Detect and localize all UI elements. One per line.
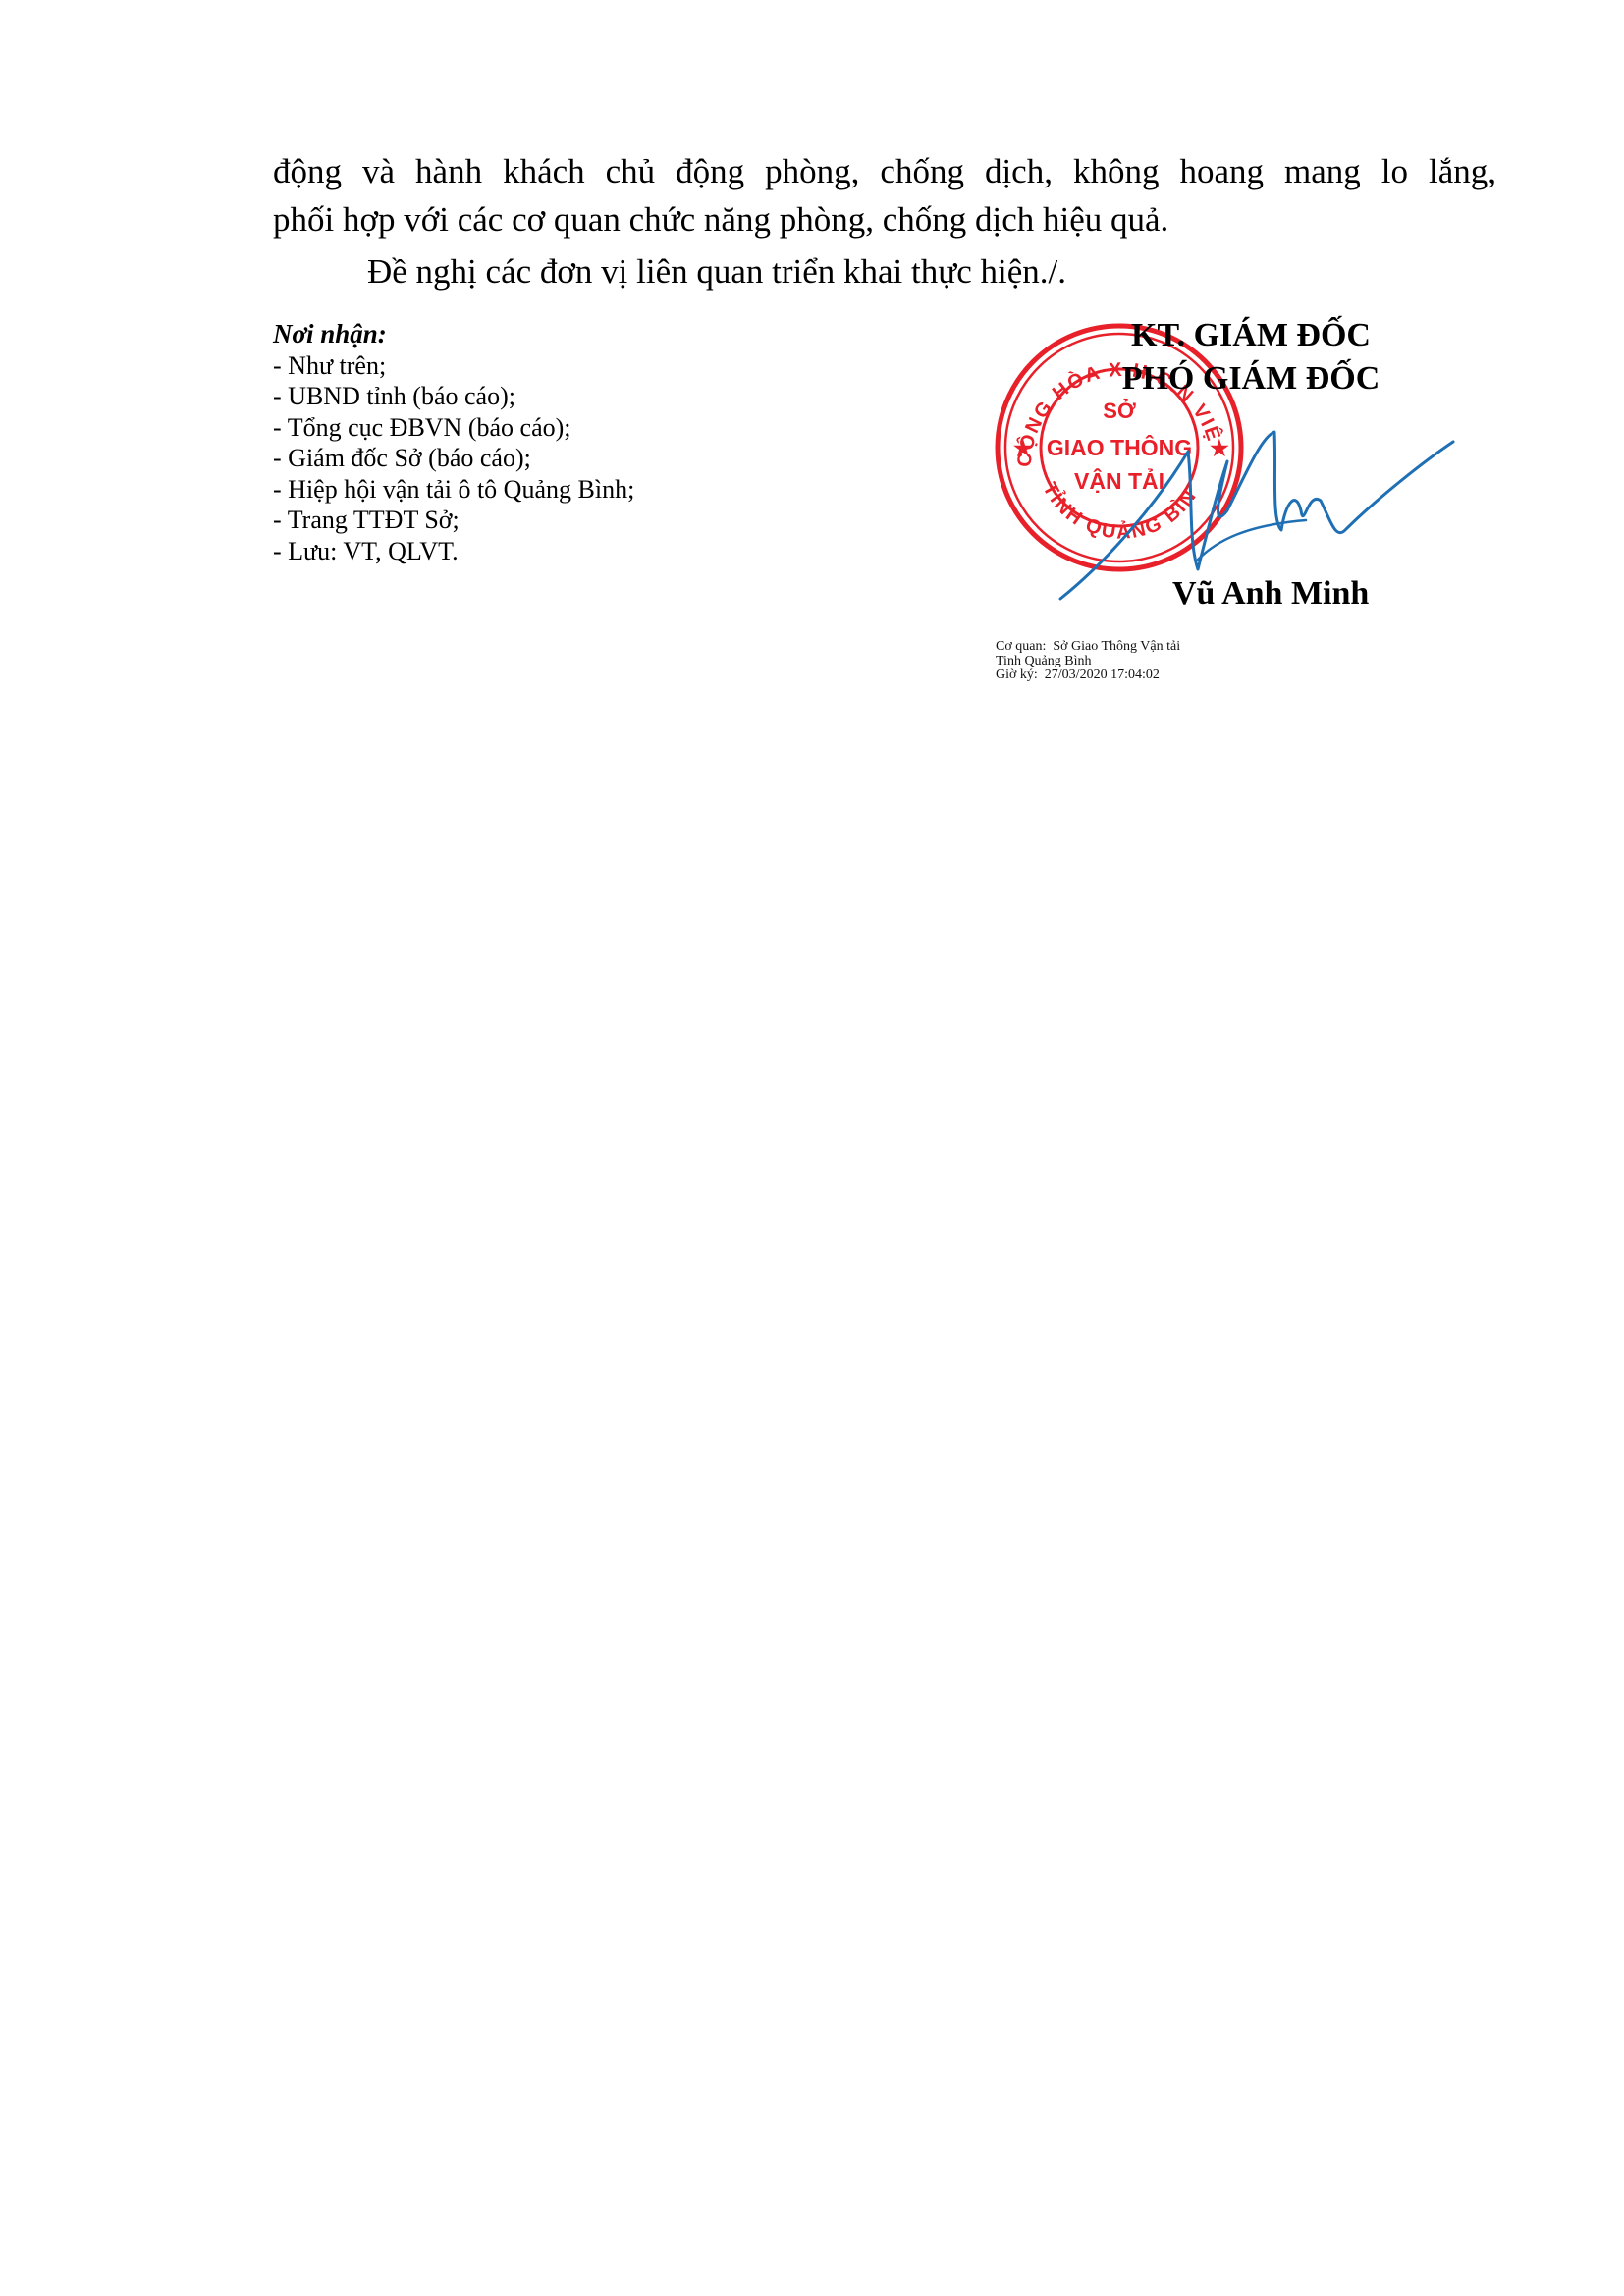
recipient-item: Hiệp hội vận tải ô tô Quảng Bình; xyxy=(273,474,634,506)
digital-sig-time: Giờ ký: 27/03/2020 17:04:02 xyxy=(996,668,1180,683)
recipient-item: UBND tỉnh (báo cáo); xyxy=(273,381,634,412)
recipients-list: Như trên; UBND tỉnh (báo cáo); Tổng cục … xyxy=(273,350,634,567)
handwritten-signature xyxy=(1051,412,1463,609)
digital-sig-agency-line2: Tinh Quảng Bình xyxy=(996,655,1180,669)
recipient-item: Lưu: VT, QLVT. xyxy=(273,536,634,567)
recipient-item: Giám đốc Sở (báo cáo); xyxy=(273,443,634,474)
digital-sig-agency: Cơ quan: Sở Giao Thông Vận tải xyxy=(996,640,1180,655)
recipients-block: Nơi nhận: Như trên; UBND tỉnh (báo cáo);… xyxy=(273,319,634,566)
paragraph-line-1: động và hành khách chủ động phòng, chống… xyxy=(273,147,1496,195)
document-page: động và hành khách chủ động phòng, chống… xyxy=(0,0,1624,2296)
body-text: động và hành khách chủ động phòng, chống… xyxy=(273,147,1496,295)
closing-paragraph: Đề nghị các đơn vị liên quan triển khai … xyxy=(273,247,1496,295)
svg-text:★: ★ xyxy=(1013,436,1033,460)
recipients-heading: Nơi nhận: xyxy=(273,319,634,350)
digital-signature-info: Cơ quan: Sở Giao Thông Vận tải Tinh Quản… xyxy=(996,640,1180,683)
paragraph-continued: động và hành khách chủ động phòng, chống… xyxy=(273,147,1496,243)
recipient-item: Như trên; xyxy=(273,350,634,382)
recipient-item: Trang TTĐT Sở; xyxy=(273,505,634,536)
paragraph-line-2: phối hợp với các cơ quan chức năng phòng… xyxy=(273,195,1496,243)
recipient-item: Tổng cục ĐBVN (báo cáo); xyxy=(273,412,634,444)
